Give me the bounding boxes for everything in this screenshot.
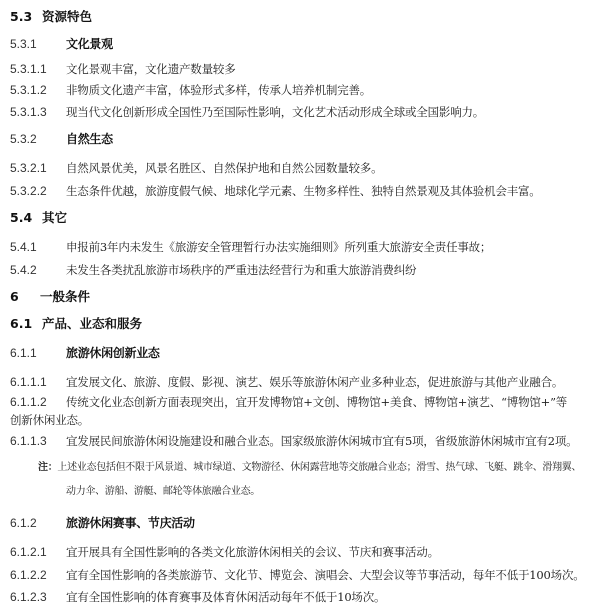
note-text-continuation: 动力伞、游船、游艇、邮轮等体旅融合业态。 xyxy=(38,480,593,504)
clause-number: 5.4.2 xyxy=(10,262,66,278)
chapter-heading-6: 6一般条件 xyxy=(10,289,90,305)
clause-number: 6.1.1.1 xyxy=(10,374,66,390)
section-title: 产品、业态和服务 xyxy=(42,316,142,331)
section-title: 其它 xyxy=(42,210,67,225)
clause-text: 传统文化业态创新方面表现突出，宜开发博物馆+文创、博物馆+美食、博物馆+演艺、“… xyxy=(66,395,567,409)
clause-text: 现当代文化创新形成全国性乃至国际性影响，文化艺术活动形成全球或全国影响力。 xyxy=(66,105,484,119)
note-block: 注：上述业态包括但不限于风景道、城市绿道、文物游径、休闲露营地等交旅融合业态；滑… xyxy=(38,456,593,504)
subsection-number: 5.3.1 xyxy=(10,36,66,52)
clause-text: 申报前3年内未发生《旅游安全管理暂行办法实施细则》所列重大旅游安全责任事故； xyxy=(66,240,491,254)
clause-5-3-1-2: 5.3.1.2非物质文化遗产丰富，体验形式多样，传承人培养机制完善。 xyxy=(10,82,371,98)
subsection-number: 6.1.2 xyxy=(10,515,66,531)
subsection-title: 旅游休闲赛事、节庆活动 xyxy=(66,516,195,530)
clause-text: 文化景观丰富，文化遗产数量较多 xyxy=(66,62,236,76)
clause-number: 6.1.1.2 xyxy=(10,394,66,410)
clause-5-3-1-1: 5.3.1.1文化景观丰富，文化遗产数量较多 xyxy=(10,61,236,77)
section-title: 资源特色 xyxy=(42,9,92,24)
subsection-heading-6-1-1: 6.1.1旅游休闲创新业态 xyxy=(10,345,160,361)
subsection-title: 旅游休闲创新业态 xyxy=(66,346,160,360)
clause-text: 生态条件优越，旅游度假气候、地球化学元素、生物多样性、独特自然景观及其体验机会丰… xyxy=(66,184,541,198)
clause-6-1-1-1: 6.1.1.1宜发展文化、旅游、度假、影视、演艺、娱乐等旅游休闲产业多种业态，促… xyxy=(10,374,563,390)
section-heading-5-3: 5.3资源特色 xyxy=(10,9,92,25)
note-label: 注： xyxy=(38,462,57,473)
clause-number: 6.1.1.3 xyxy=(10,433,66,449)
clause-text: 宜发展民间旅游休闲设施建设和融合业态。国家级旅游休闲城市宜有5项，省级旅游休闲城… xyxy=(66,434,577,448)
section-number: 5.3 xyxy=(10,9,42,25)
clause-number: 5.3.2.1 xyxy=(10,160,66,176)
subsection-title: 自然生态 xyxy=(66,132,113,146)
clause-6-1-2-2: 6.1.2.2宜有全国性影响的各类旅游节、文化节、博览会、演唱会、大型会议等节事… xyxy=(10,567,585,583)
clause-number: 5.4.1 xyxy=(10,239,66,255)
chapter-title: 一般条件 xyxy=(40,289,90,304)
subsection-title: 文化景观 xyxy=(66,37,113,51)
clause-6-1-1-2: 6.1.1.2传统文化业态创新方面表现突出，宜开发博物馆+文创、博物馆+美食、博… xyxy=(10,394,567,410)
clause-text: 宜开展具有全国性影响的各类文化旅游休闲相关的会议、节庆和赛事活动。 xyxy=(66,545,439,559)
note-text: 上述业态包括但不限于风景道、城市绿道、文物游径、休闲露营地等交旅融合业态；滑雪、… xyxy=(57,462,581,473)
clause-text: 宜有全国性影响的体育赛事及体育休闲活动每年不低于10场次。 xyxy=(66,590,385,604)
clause-number: 5.3.1.2 xyxy=(10,82,66,98)
clause-number: 5.3.1.3 xyxy=(10,104,66,120)
section-number: 5.4 xyxy=(10,210,42,226)
clause-number: 6.1.2.2 xyxy=(10,567,66,583)
subsection-heading-5-3-2: 5.3.2自然生态 xyxy=(10,131,113,147)
subsection-number: 6.1.1 xyxy=(10,345,66,361)
section-heading-6-1: 6.1产品、业态和服务 xyxy=(10,316,142,332)
clause-text-continuation: 创新休闲业态。 xyxy=(10,413,89,427)
section-heading-5-4: 5.4其它 xyxy=(10,210,67,226)
clause-5-4-1: 5.4.1申报前3年内未发生《旅游安全管理暂行办法实施细则》所列重大旅游安全责任… xyxy=(10,239,491,255)
clause-number: 5.3.2.2 xyxy=(10,183,66,199)
clause-6-1-2-1: 6.1.2.1宜开展具有全国性影响的各类文化旅游休闲相关的会议、节庆和赛事活动。 xyxy=(10,544,439,560)
clause-6-1-1-3: 6.1.1.3宜发展民间旅游休闲设施建设和融合业态。国家级旅游休闲城市宜有5项，… xyxy=(10,433,577,449)
clause-number: 6.1.2.3 xyxy=(10,589,66,605)
clause-6-1-1-2-continuation: 创新休闲业态。 xyxy=(10,412,89,428)
clause-5-3-2-1: 5.3.2.1自然风景优美，风景名胜区、自然保护地和自然公园数量较多。 xyxy=(10,160,382,176)
clause-text: 自然风景优美，风景名胜区、自然保护地和自然公园数量较多。 xyxy=(66,161,382,175)
chapter-number: 6 xyxy=(10,289,40,305)
clause-text: 宜有全国性影响的各类旅游节、文化节、博览会、演唱会、大型会议等节事活动，每年不低… xyxy=(66,568,585,582)
clause-text: 宜发展文化、旅游、度假、影视、演艺、娱乐等旅游休闲产业多种业态，促进旅游与其他产… xyxy=(66,375,563,389)
subsection-heading-5-3-1: 5.3.1文化景观 xyxy=(10,36,113,52)
clause-6-1-2-3: 6.1.2.3宜有全国性影响的体育赛事及体育休闲活动每年不低于10场次。 xyxy=(10,589,385,605)
clause-number: 6.1.2.1 xyxy=(10,544,66,560)
clause-5-4-2: 5.4.2未发生各类扰乱旅游市场秩序的严重违法经营行为和重大旅游消费纠纷 xyxy=(10,262,416,278)
section-number: 6.1 xyxy=(10,316,42,332)
clause-text: 非物质文化遗产丰富，体验形式多样，传承人培养机制完善。 xyxy=(66,83,371,97)
clause-5-3-2-2: 5.3.2.2生态条件优越，旅游度假气候、地球化学元素、生物多样性、独特自然景观… xyxy=(10,183,541,199)
subsection-number: 5.3.2 xyxy=(10,131,66,147)
clause-text: 未发生各类扰乱旅游市场秩序的严重违法经营行为和重大旅游消费纠纷 xyxy=(66,263,416,277)
clause-number: 5.3.1.1 xyxy=(10,61,66,77)
subsection-heading-6-1-2: 6.1.2旅游休闲赛事、节庆活动 xyxy=(10,515,195,531)
clause-5-3-1-3: 5.3.1.3现当代文化创新形成全国性乃至国际性影响，文化艺术活动形成全球或全国… xyxy=(10,104,484,120)
